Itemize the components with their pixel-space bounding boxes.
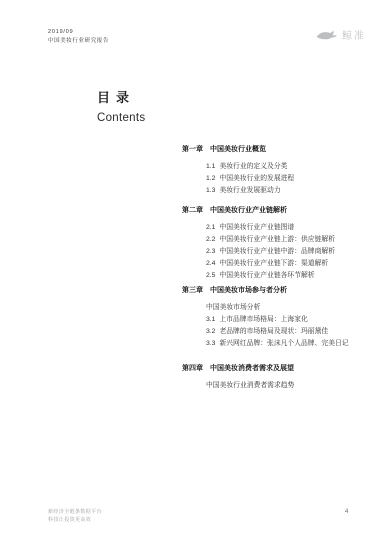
toc-item: 2.3中国美妆行业产业链中游：品牌商解析 — [206, 246, 377, 258]
chapter-title: 中国美妆行业产业链解析 — [210, 207, 287, 214]
toc-item: 3.1上市品牌市场格局：上海家化 — [206, 314, 377, 326]
page-title: 目录 — [97, 87, 145, 106]
toc-item: 2.1中国美妆行业产业链图谱 — [206, 222, 377, 234]
title-block: 目录 Contents — [97, 87, 145, 124]
toc-item-number: 1.2 — [206, 175, 215, 182]
toc-lead-line: 中国美妆行业消费者需求趋势 — [206, 380, 377, 392]
toc-item-number: 3.1 — [206, 316, 215, 323]
toc-item-number: 2.2 — [206, 236, 215, 243]
toc-item: 3.3新兴网红品牌：张沫凡个人品牌、完美日记 — [206, 338, 377, 350]
chapter-label: 第一章 — [182, 146, 203, 153]
toc-chapter-2: 第二章中国美妆行业产业链解析 2.1中国美妆行业产业链图谱 2.2中国美妆行业产… — [182, 206, 377, 282]
chapter-items: 中国美妆行业消费者需求趋势 — [182, 380, 377, 392]
toc-item-text: 中国美妆行业产业链上游：供应链解析 — [219, 236, 335, 243]
toc-item-text: 新兴网红品牌：张沫凡个人品牌、完美日记 — [219, 340, 348, 347]
toc-item-text: 中国美妆行业产业链图谱 — [219, 224, 294, 231]
toc-item-number: 2.5 — [206, 272, 215, 279]
toc-item-number: 3.3 — [206, 340, 215, 347]
report-date: 2019/09 — [48, 28, 109, 37]
toc-item-number: 2.3 — [206, 248, 215, 255]
toc-item-text: 中国美妆行业产业链各环节解析 — [219, 272, 314, 279]
toc-item: 2.5中国美妆行业产业链各环节解析 — [206, 270, 377, 282]
footer-slogan-1: 新经济全链条数据平台 — [48, 508, 102, 516]
footer: 新经济全链条数据平台 科技让投资更高效 — [48, 508, 102, 524]
chapter-heading: 第四章中国美妆消费者需求及展望 — [182, 364, 377, 374]
chapter-items: 2.1中国美妆行业产业链图谱 2.2中国美妆行业产业链上游：供应链解析 2.3中… — [182, 222, 377, 282]
toc-item-text: 中国美妆行业产业链下游：渠道解析 — [219, 260, 328, 267]
document-page: 2019/09 中国美妆行业研究报告 鲸准 目录 Contents 第一章中国美… — [0, 0, 390, 554]
chapter-items: 1.1美妆行业的定义及分类 1.2中国美妆行业的发展进程 1.3美妆行业发展驱动… — [182, 161, 377, 197]
toc-chapter-3: 第三章中国美妆市场参与者分析 中国美妆市场分析 3.1上市品牌市场格局：上海家化… — [182, 286, 377, 350]
toc-item-number: 1.1 — [206, 163, 215, 170]
page-subtitle: Contents — [97, 112, 145, 124]
toc-lead-line: 中国美妆市场分析 — [206, 302, 377, 314]
toc-item-number: 2.1 — [206, 224, 215, 231]
chapter-heading: 第一章中国美妆行业概览 — [182, 145, 377, 155]
toc-item-text: 中国美妆行业的发展进程 — [219, 175, 294, 182]
whale-icon — [316, 28, 338, 42]
page-number: 4 — [345, 509, 348, 515]
footer-slogan-2: 科技让投资更高效 — [48, 516, 102, 524]
report-title: 中国美妆行业研究报告 — [48, 37, 109, 46]
toc-item: 2.2中国美妆行业产业链上游：供应链解析 — [206, 234, 377, 246]
chapter-heading: 第二章中国美妆行业产业链解析 — [182, 206, 377, 216]
toc-item: 1.3美妆行业发展驱动力 — [206, 185, 377, 197]
toc-item: 2.4中国美妆行业产业链下游：渠道解析 — [206, 258, 377, 270]
chapter-label: 第四章 — [182, 365, 203, 372]
toc-item-text: 老品牌的市场格局及现状：玛丽黛佳 — [219, 328, 328, 335]
chapter-items: 中国美妆市场分析 3.1上市品牌市场格局：上海家化 3.2老品牌的市场格局及现状… — [182, 302, 377, 350]
toc-item-number: 3.2 — [206, 328, 215, 335]
toc-item-text: 美妆行业的定义及分类 — [219, 163, 287, 170]
toc-item-number: 1.3 — [206, 187, 215, 194]
toc-item: 1.1美妆行业的定义及分类 — [206, 161, 377, 173]
toc-item: 3.2老品牌的市场格局及现状：玛丽黛佳 — [206, 326, 377, 338]
brand-logo: 鲸准 — [316, 27, 366, 42]
toc-item-text: 美妆行业发展驱动力 — [219, 187, 280, 194]
toc-chapter-4: 第四章中国美妆消费者需求及展望 中国美妆行业消费者需求趋势 — [182, 364, 377, 392]
toc-item-text: 中国美妆行业产业链中游：品牌商解析 — [219, 248, 335, 255]
chapter-label: 第三章 — [182, 287, 203, 294]
brand-name: 鲸准 — [342, 27, 366, 42]
toc-item-number: 2.4 — [206, 260, 215, 267]
chapter-heading: 第三章中国美妆市场参与者分析 — [182, 286, 377, 296]
chapter-label: 第二章 — [182, 207, 203, 214]
chapter-title: 中国美妆消费者需求及展望 — [210, 365, 294, 372]
chapter-title: 中国美妆行业概览 — [210, 146, 266, 153]
toc-chapter-1: 第一章中国美妆行业概览 1.1美妆行业的定义及分类 1.2中国美妆行业的发展进程… — [182, 145, 377, 197]
chapter-title: 中国美妆市场参与者分析 — [210, 287, 287, 294]
toc-item-text: 上市品牌市场格局：上海家化 — [219, 316, 307, 323]
table-of-contents: 第一章中国美妆行业概览 1.1美妆行业的定义及分类 1.2中国美妆行业的发展进程… — [0, 0, 390, 554]
header: 2019/09 中国美妆行业研究报告 — [48, 28, 109, 46]
toc-item: 1.2中国美妆行业的发展进程 — [206, 173, 377, 185]
